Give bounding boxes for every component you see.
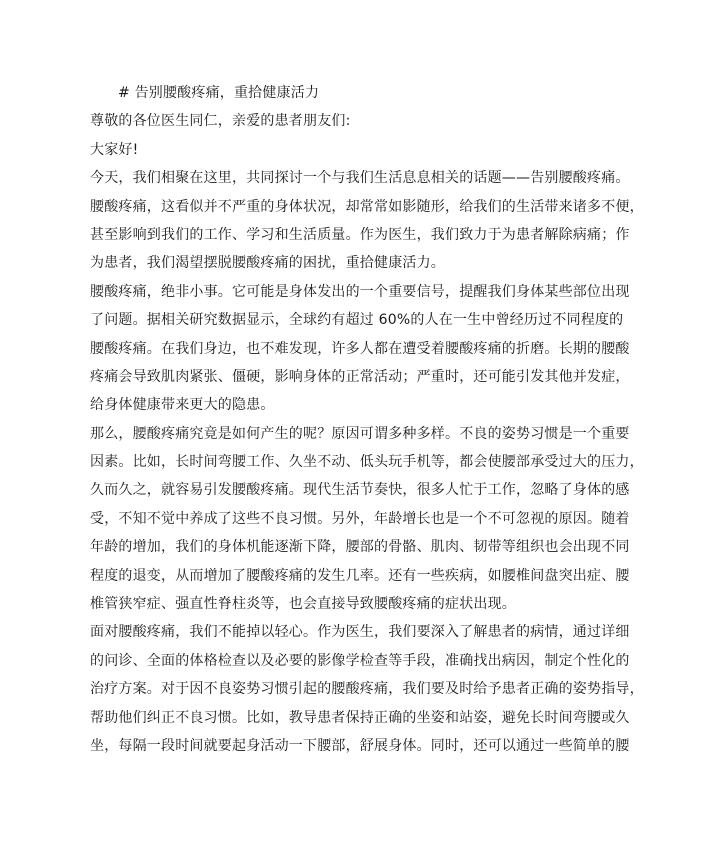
body-line: 今天，我们相聚在这里，共同探讨一个与我们生活息息相关的话题——告别腰酸疼痛。 [90,164,620,192]
body-line: 给身体健康带来更大的隐患。 [90,391,620,419]
body-line: 年龄的增加，我们的身体机能逐渐下降，腰部的骨骼、肌肉、韧带等组织也会出现不同 [90,533,620,561]
body-line: 帮助他们纠正不良习惯。比如，教导患者保持正确的坐姿和站姿，避免长时间弯腰或久 [90,704,620,732]
greeting: 大家好! [90,136,620,164]
body-line: 受，不知不觉中养成了这些不良习惯。另外，年龄增长也是一个不可忽视的原因。随着 [90,505,620,533]
body-line: 为患者，我们渴望摆脱腰酸疼痛的困扰，重拾健康活力。 [90,249,620,277]
document-heading: # 告别腰酸疼痛，重拾健康活力 [90,79,620,107]
body-line: 程度的退变，从而增加了腰酸疼痛的发生几率。还有一些疾病，如腰椎间盘突出症、腰 [90,562,620,590]
body-line: 甚至影响到我们的工作、学习和生活质量。作为医生，我们致力于为患者解除病痛；作 [90,221,620,249]
body-line: 腰酸疼痛，这看似并不严重的身体状况，却常常如影随形，给我们的生活带来诸多不便， [90,193,620,221]
body-line: 久而久之，就容易引发腰酸疼痛。现代生活节奏快，很多人忙于工作，忽略了身体的感 [90,476,620,504]
salutation: 尊敬的各位医生同仁，亲爱的患者朋友们: [90,107,620,135]
body-line: 腰酸疼痛。在我们身边，也不难发现，许多人都在遭受着腰酸疼痛的折磨。长期的腰酸 [90,335,620,363]
body-line: 面对腰酸疼痛，我们不能掉以轻心。作为医生，我们要深入了解患者的病情，通过详细 [90,618,620,646]
body-line: 了问题。据相关研究数据显示，全球约有超过 60%的人在一生中曾经历过不同程度的 [90,306,620,334]
body-line: 因素。比如，长时间弯腰工作、久坐不动、低头玩手机等，都会使腰部承受过大的压力， [90,448,620,476]
body-line: 腰酸疼痛，绝非小事。它可能是身体发出的一个重要信号，提醒我们身体某些部位出现 [90,278,620,306]
body-line: 椎管狭窄症、强直性脊柱炎等，也会直接导致腰酸疼痛的症状出现。 [90,590,620,618]
document-page: # 告别腰酸疼痛，重拾健康活力 尊敬的各位医生同仁，亲爱的患者朋友们: 大家好!… [90,79,620,760]
body-line: 坐，每隔一段时间就要起身活动一下腰部，舒展身体。同时，还可以通过一些简单的腰 [90,732,620,760]
body-line: 治疗方案。对于因不良姿势习惯引起的腰酸疼痛，我们要及时给予患者正确的姿势指导， [90,675,620,703]
body-line: 的问诊、全面的体格检查以及必要的影像学检查等手段，准确找出病因，制定个性化的 [90,647,620,675]
body-line: 那么，腰酸疼痛究竟是如何产生的呢？原因可谓多种多样。不良的姿势习惯是一个重要 [90,420,620,448]
body-line: 疼痛会导致肌肉紧张、僵硬，影响身体的正常活动；严重时，还可能引发其他并发症， [90,363,620,391]
